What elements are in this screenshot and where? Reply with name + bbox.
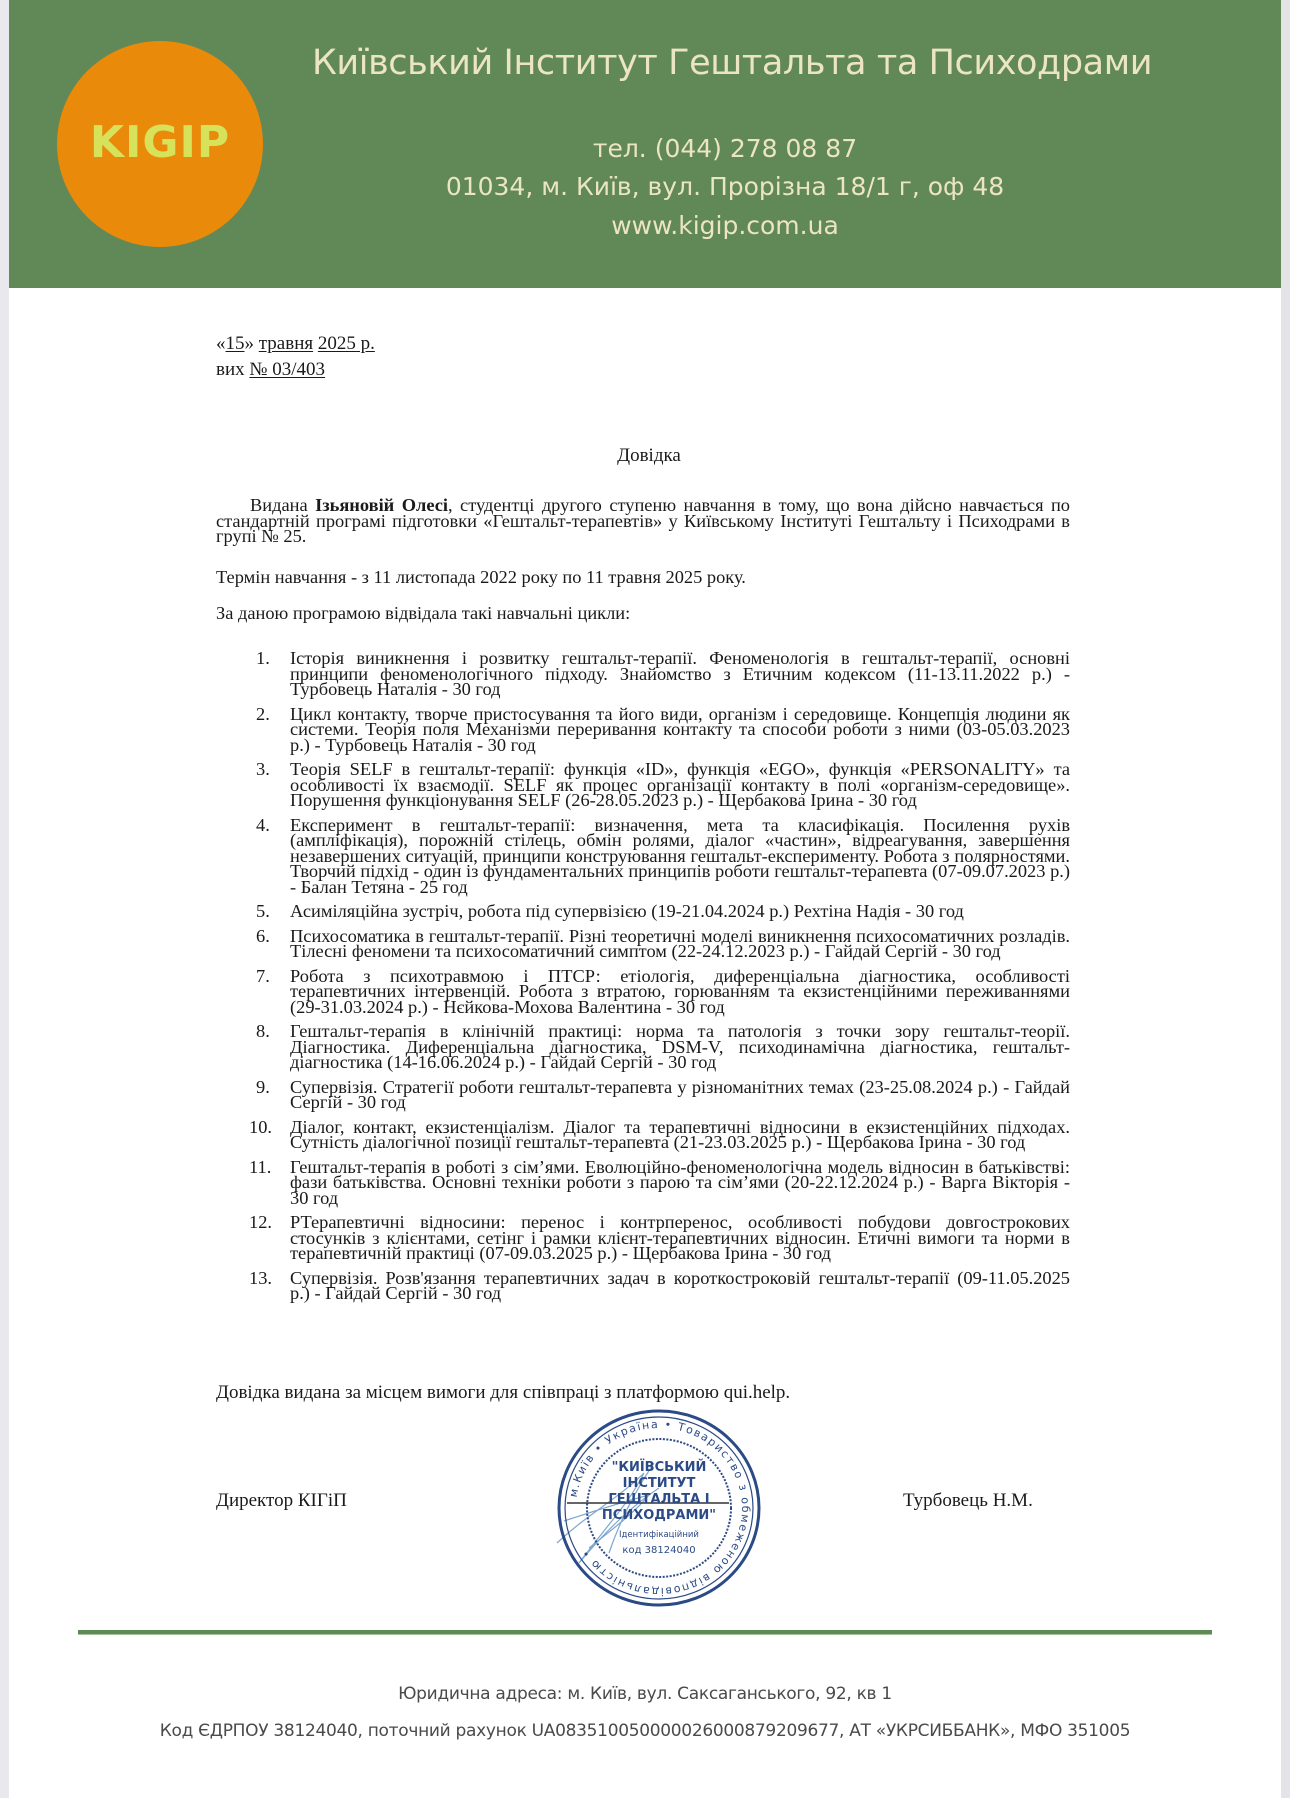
cycle-text: Діалог, контакт, екзистенціалізм. Діалог… (290, 1117, 1070, 1153)
cycle-text: Цикл контакту, творче пристосування та й… (290, 704, 1070, 755)
cycle-text: Гештальт-терапія в роботі з сім’ями. Ево… (290, 1157, 1070, 1208)
cycle-item: 3.Теорія SELF в гештальт-терапії: функці… (216, 762, 1070, 809)
cycle-text: Асиміляційна зустріч, робота під суперві… (290, 901, 964, 921)
cycle-item: 8.Гештальт-терапія в клінічній практиці:… (216, 1024, 1070, 1071)
study-term: Термін навчання - з 11 листопада 2022 ро… (216, 570, 1070, 586)
cycle-text: РТерапевтичні відносини: перенос і контр… (290, 1212, 1070, 1263)
stamp-line-2: ІНСТИТУТ (623, 1476, 696, 1491)
cycle-item: 1.Історія виникнення і розвитку гештальт… (216, 651, 1070, 698)
cycle-item: 10.Діалог, контакт, екзистенціалізм. Діа… (216, 1120, 1070, 1151)
date-day: 15 (226, 333, 245, 354)
header-website: www.kigip.com.ua (325, 210, 1125, 242)
cycle-item: 7.Робота з психотравмою і ПТСР: етіологі… (216, 969, 1070, 1016)
cycle-number: 7. (256, 969, 270, 985)
footer-divider (78, 1630, 1212, 1635)
cycle-text: Супервізія. Стратегії роботи гештальт-те… (290, 1077, 1070, 1113)
cycle-item: 9.Супервізія. Стратегії роботи гештальт-… (216, 1080, 1070, 1111)
cycle-number: 4. (256, 818, 270, 834)
stamp-id-label: Ідентифікаційний (619, 1530, 699, 1540)
cycle-text: Теорія SELF в гештальт-терапії: функція … (290, 759, 1070, 810)
outgoing-number: вих № 03/403 (216, 359, 325, 381)
cycle-number: 5. (256, 904, 270, 920)
document-title: Довідка (549, 445, 749, 467)
cycle-number: 12. (249, 1215, 272, 1231)
header-address: 01034, м. Київ, вул. Прорізна 18/1 г, оф… (325, 171, 1125, 203)
header-phone: тел. (044) 278 08 87 (325, 133, 1125, 165)
cycle-item: 12.РТерапевтичні відносини: перенос і ко… (216, 1215, 1070, 1262)
cycle-item: 11.Гештальт-терапія в роботі з сім’ями. … (216, 1160, 1070, 1207)
kigip-logo: KIGIP (57, 41, 263, 247)
stamp-id-code: код 38124040 (622, 1545, 695, 1556)
cycle-item: 6.Психосоматика в гештальт-терапії. Різн… (216, 929, 1070, 960)
cycle-number: 8. (256, 1024, 270, 1040)
director-label: Директор КІГіП (216, 1490, 347, 1512)
cycle-text: Робота з психотравмою і ПТСР: етіологія,… (290, 966, 1070, 1017)
cycle-text: Гештальт-терапія в клінічній практиці: н… (290, 1021, 1070, 1072)
stamp-line-3: ГЕШТАЛЬТА І (608, 1492, 709, 1507)
cycles-list: 1.Історія виникнення і розвитку гештальт… (216, 651, 1070, 1311)
logo-wordmark: KIGIP (57, 115, 263, 171)
letter-page: KIGIP Київський Інститут Гештальта та Пс… (9, 0, 1281, 1798)
viewer-edge (1281, 0, 1290, 1798)
date-close-quote: » (245, 333, 255, 354)
cycle-number: 13. (249, 1271, 272, 1287)
cycle-item: 2.Цикл контакту, творче пристосування та… (216, 707, 1070, 754)
cycles-intro: За даною програмою відвідала такі навчал… (216, 606, 1070, 622)
cycle-number: 9. (256, 1080, 270, 1096)
stamp-line-1: "КИЇВСЬКИЙ (612, 1459, 707, 1475)
cycle-item: 5.Асиміляційна зустріч, робота під супер… (216, 904, 1070, 920)
cycle-text: Супервізія. Розв'язання терапевтичних за… (290, 1268, 1070, 1304)
cycle-number: 11. (249, 1160, 271, 1176)
cycle-number: 1. (256, 651, 270, 667)
letterhead-banner: KIGIP Київський Інститут Гештальта та Пс… (9, 0, 1281, 288)
closing-statement: Довідка видана за місцем вимоги для спів… (216, 1382, 790, 1404)
cycle-text: Історія виникнення і розвитку гештальт-т… (290, 648, 1070, 699)
cycle-text: Експеримент в гештальт-терапії: визначен… (290, 815, 1070, 897)
cycle-item: 13.Супервізія. Розв'язання терапевтичних… (216, 1271, 1070, 1302)
date-month: травня (259, 333, 313, 354)
cycle-number: 6. (256, 929, 270, 945)
footer-bank-details: Код ЄДРПОУ 38124040, поточний рахунок UA… (9, 1720, 1281, 1742)
cycle-number: 10. (249, 1120, 272, 1136)
cycle-item: 4.Експеримент в гештальт-терапії: визнач… (216, 818, 1070, 896)
institute-name: Київський Інститут Гештальта та Психодра… (292, 40, 1172, 86)
director-name: Турбовець Н.М. (903, 1490, 1033, 1512)
intro-paragraph: Видана Ізьяновій Олесі, студентці другог… (216, 498, 1070, 545)
outgoing-number-value: № 03/403 (249, 359, 325, 380)
cycle-text: Психосоматика в гештальт-терапії. Різні … (290, 926, 1070, 962)
cycle-number: 3. (256, 762, 270, 778)
date-year: 2025 р. (318, 333, 375, 354)
official-stamp: м.Київ • Україна • Товариство з обмежено… (549, 1403, 769, 1613)
stamp-line-4: ПСИХОДРАМИ" (602, 1508, 716, 1523)
date-open-quote: « (216, 333, 226, 354)
cycle-number: 2. (256, 707, 270, 723)
document-date: «15» травня 2025 р. (216, 333, 375, 355)
outgoing-label: вих (216, 359, 245, 380)
footer-legal-address: Юридична адреса: м. Київ, вул. Саксаганс… (9, 1683, 1281, 1705)
